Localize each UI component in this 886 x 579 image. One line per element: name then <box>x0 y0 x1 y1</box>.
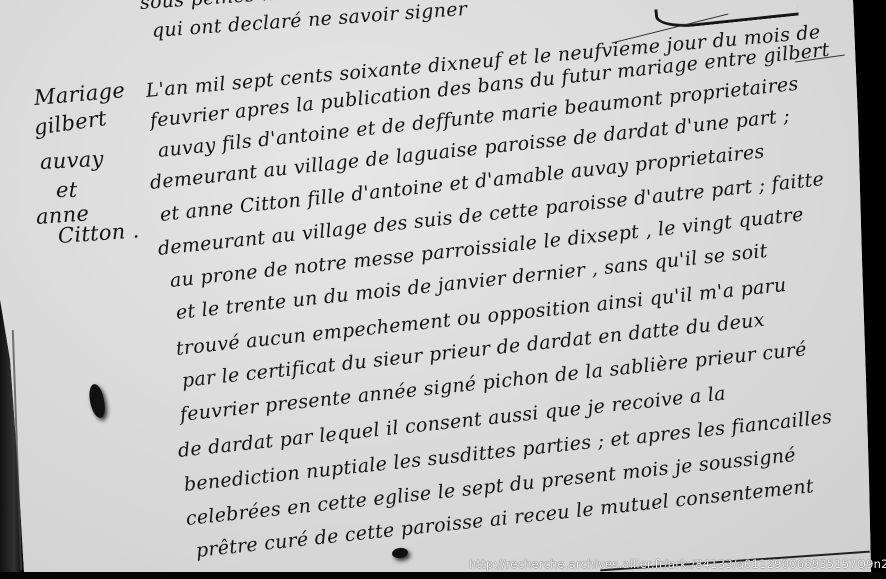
margin-note-line: et <box>56 178 77 202</box>
archive-url-watermark: http://recherche.archives.allier.fr/ark:… <box>469 557 886 571</box>
scanned-document-image: sous peines ... qui ont declaré ne savoi… <box>0 0 886 579</box>
scan-bottom-border <box>0 572 886 579</box>
margin-note-line: auvay <box>39 147 104 174</box>
